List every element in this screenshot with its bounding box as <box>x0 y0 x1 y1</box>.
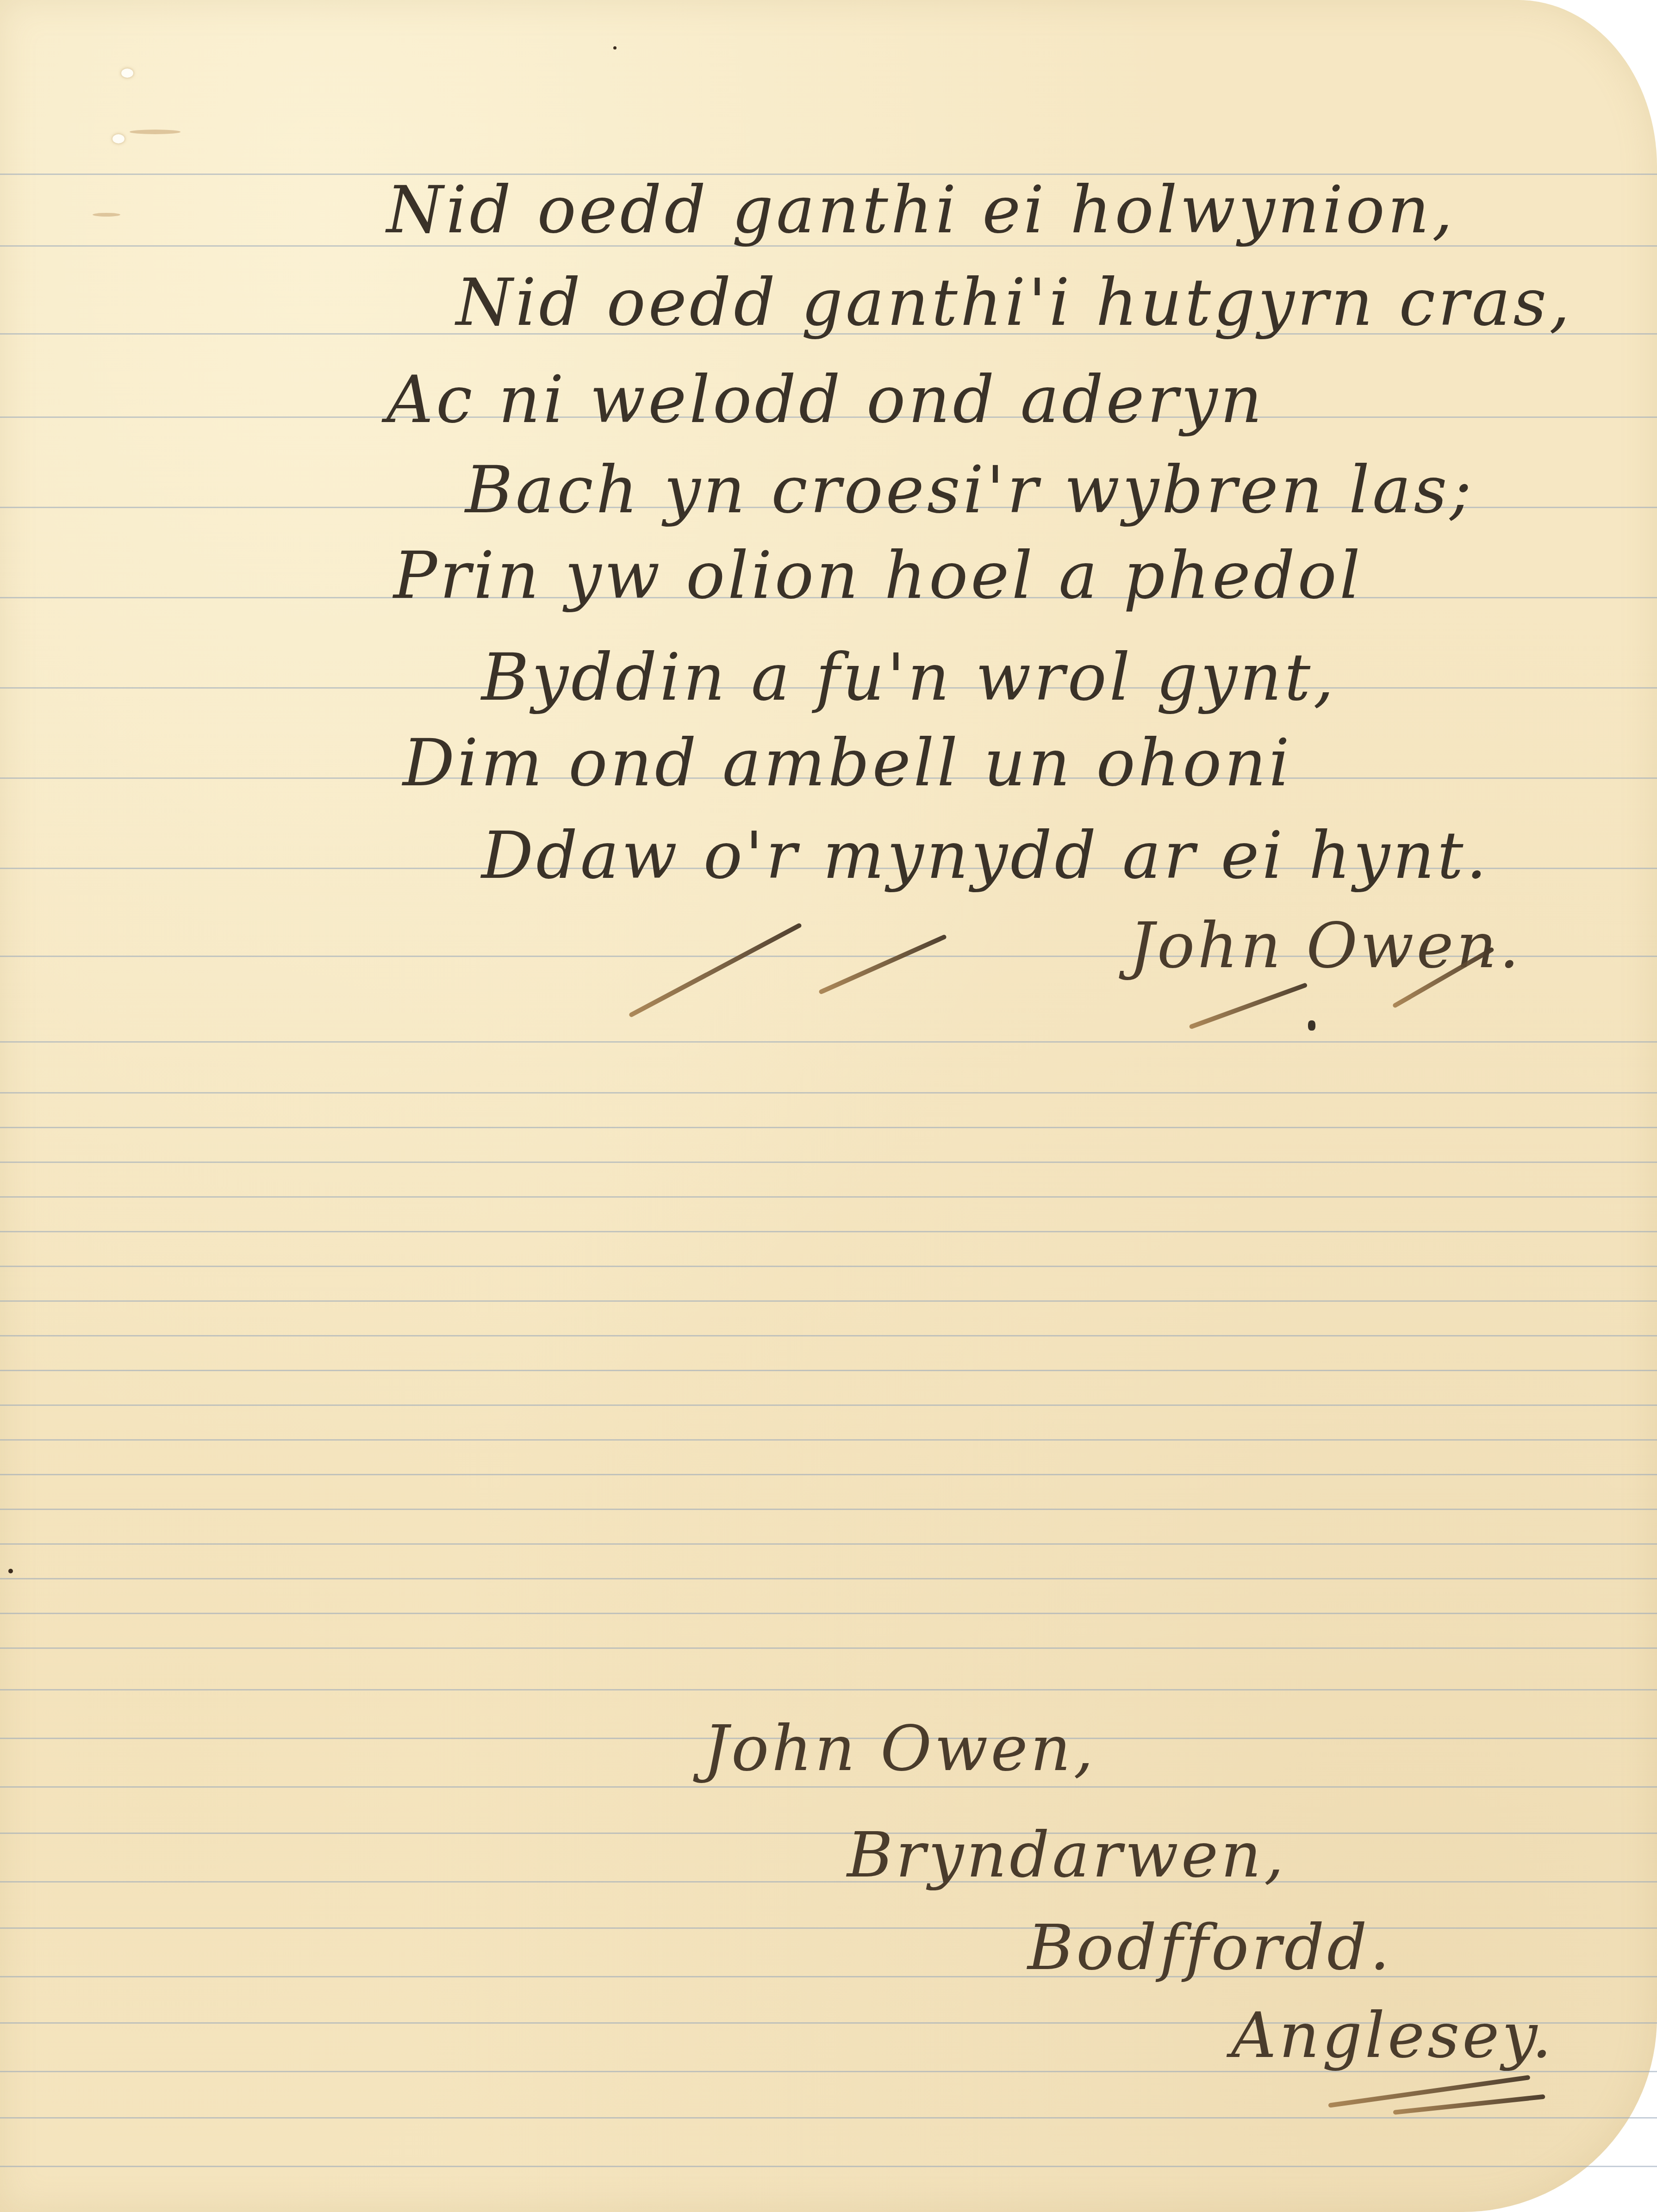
paper-crease <box>130 130 181 134</box>
ruled-line <box>0 1647 1657 1649</box>
address-line-2: Bryndarwen, <box>847 1819 1287 1891</box>
ruled-line <box>0 1266 1657 1267</box>
ruled-line <box>0 1786 1657 1788</box>
ruled-line <box>0 2166 1657 2167</box>
signature-flourish <box>1189 982 1308 1030</box>
ruled-line <box>0 1439 1657 1441</box>
pin-hole <box>121 68 133 78</box>
poem-line-1: Nid oedd ganthi ei holwynion, <box>386 178 1455 243</box>
ruled-line <box>0 1509 1657 1510</box>
ruled-line <box>0 1927 1657 1929</box>
address-underline <box>1393 2094 1545 2115</box>
ruled-line <box>0 1370 1657 1371</box>
ruled-line <box>0 2117 1657 2119</box>
poem-line-2: Nid oedd ganthi'i hutgyrn cras, <box>456 271 1573 336</box>
ruled-line <box>0 1092 1657 1094</box>
poem-line-3: Ac ni welodd ond aderyn <box>386 368 1265 433</box>
ink-speck <box>8 1569 13 1573</box>
ruled-line <box>0 1300 1657 1302</box>
ruled-line <box>0 1041 1657 1043</box>
ruled-line <box>0 1162 1657 1163</box>
address-line-4: Anglesey. <box>1231 1999 1554 2072</box>
address-line-1: John Owen, <box>704 1712 1096 1785</box>
poem-line-4: Bach yn croesi'r wybren las; <box>465 458 1474 523</box>
ruled-line <box>0 1404 1657 1406</box>
ruled-line <box>0 1231 1657 1232</box>
paper-crease <box>93 213 120 217</box>
ruled-line <box>0 1474 1657 1475</box>
ruled-line <box>0 1543 1657 1545</box>
ruled-line <box>0 1613 1657 1614</box>
poem-line-7: Dim ond ambell un ohoni <box>403 731 1292 796</box>
ruled-line <box>0 1689 1657 1690</box>
signature-flourish <box>818 934 947 994</box>
poem-line-6: Byddin a fu'n wrol gynt, <box>481 646 1337 710</box>
ruled-line <box>0 1881 1657 1883</box>
ruled-line <box>0 1578 1657 1579</box>
ruled-line <box>0 1196 1657 1198</box>
poem-line-8: Ddaw o'r mynydd ar ei hynt. <box>481 824 1489 889</box>
signature-name: John Owen. <box>1129 909 1522 982</box>
paper-sheet: Nid oedd ganthi ei holwynion, Nid oedd g… <box>0 0 1657 2212</box>
pin-hole <box>112 134 125 143</box>
ruled-line <box>0 1976 1657 1977</box>
ruled-line <box>0 1833 1657 1834</box>
poem-line-5: Prin yw olion hoel a phedol <box>393 544 1363 609</box>
address-line-3: Bodffordd. <box>1028 1911 1392 1984</box>
ruled-line <box>0 1127 1657 1128</box>
ink-speck <box>613 46 617 50</box>
ruled-line <box>0 1335 1657 1336</box>
signature-flourish <box>629 922 803 1018</box>
signature-dot <box>1308 1020 1315 1031</box>
